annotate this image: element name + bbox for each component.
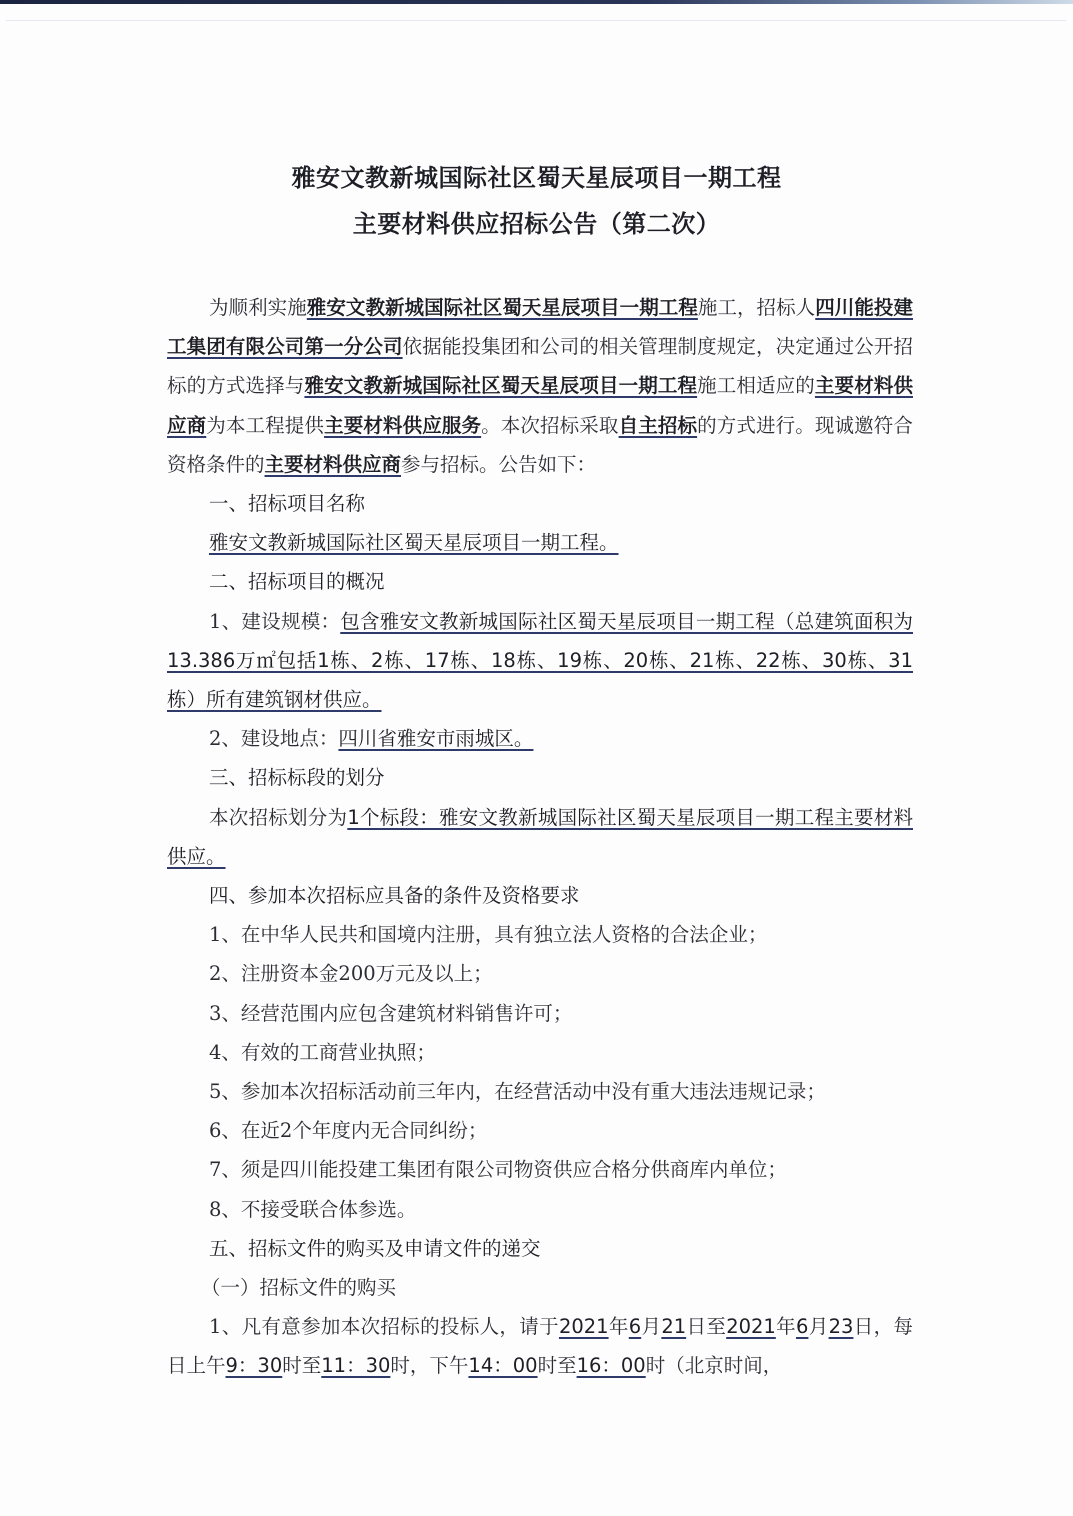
tender-method: 自主招标 [619,414,698,437]
document-body: 为顺利实施雅安文教新城国际社区蜀天星辰项目一期工程施工，招标人四川能投建工集团有… [167,288,913,1386]
scan-top-edge [0,0,1073,4]
construction-scale: 1、建设规模：包含雅安文教新城国际社区蜀天星辰项目一期工程（总建筑面积为13.3… [167,602,913,720]
location-value: 四川省雅安市雨城区。 [338,727,533,750]
text: 年 [609,1315,629,1338]
section-heading-2: 二、招标项目的概况 [167,562,913,601]
text: 年 [776,1315,796,1338]
document-title-line1: 雅安文教新城国际社区蜀天星辰项目一期工程 [0,158,1073,193]
start-day: 21 [661,1315,686,1338]
end-year: 2021 [726,1315,776,1338]
project-name: 雅安文教新城国际社区蜀天星辰项目一期工程 [304,374,697,397]
project-name: 雅安文教新城国际社区蜀天星辰项目一期工程。 [209,531,619,554]
requirement-item: 1、在中华人民共和国境内注册，具有独立法人资格的合法企业； [167,915,913,954]
text: 月 [641,1315,661,1338]
requirement-item: 6、在近2个年度内无合同纠纷； [167,1111,913,1150]
text: 时至 [282,1354,321,1377]
purchase-period: 1、凡有意参加本次招标的投标人，请于2021年6月21日至2021年6月23日，… [167,1307,913,1385]
end-month: 6 [796,1315,808,1338]
requirement-item: 2、注册资本金200万元及以上； [167,954,913,993]
text: 施工，招标人 [698,296,815,319]
start-year: 2021 [559,1315,609,1338]
label: 1、建设规模： [209,610,340,633]
start-month: 6 [629,1315,641,1338]
supplier-type: 主要材料供应商 [265,453,402,476]
construction-location: 2、建设地点：四川省雅安市雨城区。 [167,719,913,758]
section-heading-5: 五、招标文件的购买及申请文件的递交 [167,1229,913,1268]
text: 参与招标。公告如下： [401,453,596,476]
requirement-item: 8、不接受联合体参选。 [167,1190,913,1229]
am-end-time: 11：30 [321,1354,390,1377]
text: 为顺利实施 [209,296,307,319]
section-heading-1: 一、招标项目名称 [167,484,913,523]
text: 1、凡有意参加本次招标的投标人，请于 [209,1315,559,1338]
lot-division: 本次招标划分为1个标段：雅安文教新城国际社区蜀天星辰项目一期工程主要材料供应。 [167,798,913,876]
intro-paragraph: 为顺利实施雅安文教新城国际社区蜀天星辰项目一期工程施工，招标人四川能投建工集团有… [167,288,913,484]
text: 日至 [686,1315,726,1338]
section-heading-3: 三、招标标段的划分 [167,758,913,797]
project-name: 雅安文教新城国际社区蜀天星辰项目一期工程 [307,296,698,319]
requirement-item: 7、须是四川能投建工集团有限公司物资供应合格分供商库内单位； [167,1150,913,1189]
text: 时，下午 [390,1354,468,1377]
requirement-item: 4、有效的工商营业执照； [167,1033,913,1072]
text: 月 [808,1315,828,1338]
pm-start-time: 14：00 [468,1354,537,1377]
service-type: 主要材料供应服务 [324,414,481,437]
requirement-item: 5、参加本次招标活动前三年内，在经营活动中没有重大违法违规记录； [167,1072,913,1111]
project-name-line: 雅安文教新城国际社区蜀天星辰项目一期工程。 [167,523,913,562]
am-start-time: 9：30 [226,1354,283,1377]
text: 为本工程提供 [206,414,324,437]
text: 。本次招标采取 [481,414,618,437]
label: 2、建设地点： [209,727,338,750]
text: 施工相适应的 [697,374,815,397]
text: 时至 [538,1354,577,1377]
end-day: 23 [829,1315,854,1338]
section-heading-4: 四、参加本次招标应具备的条件及资格要求 [167,876,913,915]
subsection-heading: （一）招标文件的购买 [167,1268,913,1307]
requirement-item: 3、经营范围内应包含建筑材料销售许可； [167,994,913,1033]
text: 本次招标划分为 [209,806,347,829]
document-title-line2: 主要材料供应招标公告（第二次） [0,204,1073,239]
text: 时（北京时间， [646,1354,783,1377]
pm-end-time: 16：00 [577,1354,646,1377]
scan-line [6,20,1066,21]
